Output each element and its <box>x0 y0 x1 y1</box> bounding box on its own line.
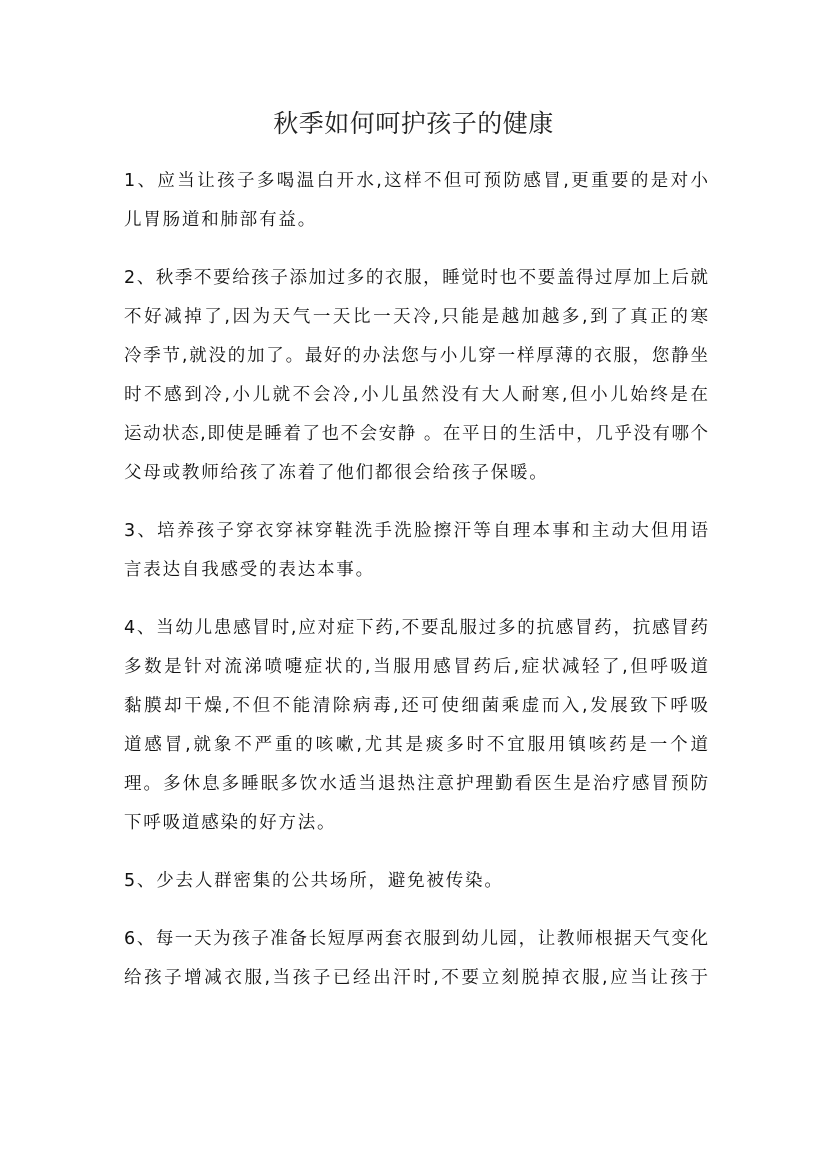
paragraph-4-line-1: 4、当幼儿患感冒时,应对症下药,不要乱服过多的抗感冒药，抗感冒药 <box>124 615 710 641</box>
paragraph-1-line-1: 1、应当让孩子多喝温白开水,这样不但可预防感冒,更重要的是对小 <box>124 168 710 194</box>
paragraph-1-line-2: 儿胃肠道和肺部有益。 <box>124 207 317 233</box>
paragraph-3-line-2: 言表达自我感受的表达本事。 <box>124 557 375 583</box>
paragraph-2-line-1: 2、秋季不要给孩子添加过多的衣服，睡觉时也不要盖得过厚加上后就 <box>124 265 710 291</box>
document-page: 秋季如何呵护孩子的健康 1、应当让孩子多喝温白开水,这样不但可预防感冒,更重要的… <box>0 0 827 1170</box>
paragraph-6-line-2: 给孩子增减衣服,当孩子已经出汗时,不要立刻脱掉衣服,应当让孩于 <box>124 965 711 991</box>
paragraph-2-line-5: 运动状态,即使是睡着了也不会安静 。在平日的生活中，几乎没有哪个 <box>124 421 710 447</box>
paragraph-2-line-4: 时不感到冷,小儿就不会冷,小儿虽然没有大人耐寒,但小儿始终是在 <box>124 382 711 408</box>
paragraph-2-line-2: 不好减掉了,因为天气一天比一天冷,只能是越加越多,到了真正的寒 <box>124 304 711 330</box>
paragraph-4-line-3: 黏膜却干燥,不但不能清除病毒,还可使细菌乘虚而入,发展致下呼吸 <box>124 693 711 719</box>
paragraph-3-line-1: 3、培养孩子穿衣穿袜穿鞋洗手洗脸擦汗等自理本事和主动大但用语 <box>124 518 710 544</box>
paragraph-5-line-1: 5、少去人群密集的公共场所，避免被传染。 <box>124 868 504 894</box>
paragraph-2-line-6: 父母或教师给孩了冻着了他们都很会给孩子保暖。 <box>124 460 549 486</box>
document-title: 秋季如何呵护孩子的健康 <box>0 106 827 142</box>
paragraph-6-line-1: 6、每一天为孩子准备长短厚两套衣服到幼儿园，让教师根据天气变化 <box>124 926 710 952</box>
paragraph-4-line-4: 道感冒,就象不严重的咳嗽,尤其是痰多时不宜服用镇咳药是一个道 <box>124 732 711 758</box>
paragraph-4-line-6: 下呼吸道感染的好方法。 <box>124 810 336 836</box>
paragraph-4-line-5: 理。多休息多睡眠多饮水适当退热注意护理勤看医生是治疗感冒预防 <box>124 771 710 797</box>
paragraph-2-line-3: 冷季节,就没的加了。最好的办法您与小儿穿一样厚薄的衣服，您静坐 <box>124 343 710 369</box>
paragraph-4-line-2: 多数是针对流涕喷嚏症状的,当服用感冒药后,症状减轻了,但呼吸道 <box>124 654 711 680</box>
